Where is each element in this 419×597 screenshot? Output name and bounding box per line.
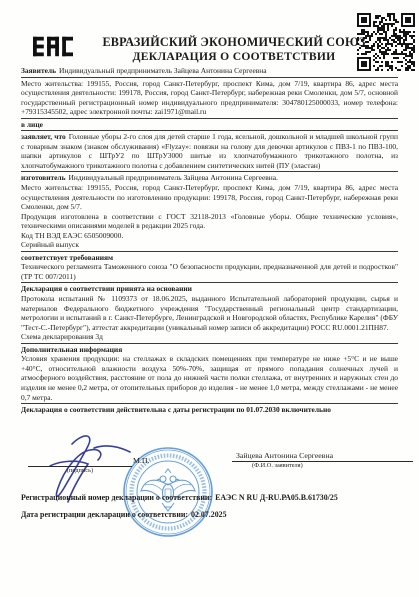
applicant-name: Индивидуальный предприниматель Зайцева А… (59, 66, 267, 75)
compliance-label: соответствует требованиям (21, 253, 398, 263)
declares-text: Головные уборы 2-го слоя для детей старш… (21, 132, 398, 170)
compliance-text: Технического регламента Таможенного союз… (21, 262, 398, 281)
fio-block: Зайцева Антонина Сергеевна (Ф.И.О. заяви… (232, 451, 413, 469)
section-divider (21, 130, 398, 131)
applicant-line: ЗаявительИндивидуальный предприниматель … (21, 66, 398, 76)
signature-caption: (подпись) (67, 467, 93, 474)
manufacturer-address: Место жительства: 199155, Россия, город … (21, 183, 398, 212)
manufacturer-standard: Продукция изготовлена в соответствии с Г… (21, 212, 398, 231)
serial-issue: Серийный выпуск (21, 240, 398, 250)
additional-text: Условия хранения продукции: на стеллажах… (21, 354, 398, 402)
registration-number-label: Регистрационный номер декларации о соотв… (21, 493, 212, 502)
section-divider (21, 282, 398, 283)
union-title: ЕВРАЗИЙСКИЙ ЭКОНОМИЧЕСКИЙ СОЮЗ (100, 36, 368, 49)
validity-line: Декларация о соответствии действительна … (21, 405, 398, 415)
document-title: ЕВРАЗИЙСКИЙ ЭКОНОМИЧЕСКИЙ СОЮЗ ДЕКЛАРАЦИ… (100, 36, 368, 63)
basis-protocol: Протокола испытаний № 1109373 от 18.06.2… (21, 294, 398, 332)
manufacturer-name: Индивидуальный предприниматель Зайцева А… (69, 173, 278, 182)
section-divider (21, 403, 398, 404)
document-body: ЗаявительИндивидуальный предприниматель … (21, 66, 398, 415)
registration-date-line: Дата регистрации декларации о соответств… (21, 510, 230, 519)
registration-number-line: Регистрационный номер декларации о соотв… (21, 493, 341, 502)
applicant-fio: Зайцева Антонина Сергеевна (232, 451, 413, 460)
fio-caption: (Ф.И.О. заявителя) (252, 462, 303, 469)
basis-label: Декларация о соответствии принята на осн… (21, 284, 398, 294)
section-divider (21, 77, 398, 78)
signature-line: (подпись) (28, 466, 132, 474)
section-divider (21, 251, 398, 252)
tnved-code: Код ТН ВЭД ЕАЭС 6505009000. (21, 231, 398, 241)
in-person-label: в лице (21, 120, 398, 130)
basis-scheme: Схема декларирования 3д (21, 332, 398, 342)
section-divider (21, 171, 398, 172)
section-divider (21, 343, 398, 344)
eac-logo-icon (33, 28, 73, 70)
registration-date-value: 02.07.2025 (191, 510, 227, 519)
declaration-title: ДЕКЛАРАЦИЯ О СООТВЕТСТВИИ (100, 50, 368, 63)
registration-date-label: Дата регистрации декларации о соответств… (21, 510, 188, 519)
section-divider (21, 118, 398, 119)
declaration-document: ЕВРАЗИЙСКИЙ ЭКОНОМИЧЕСКИЙ СОЮЗ ДЕКЛАРАЦИ… (0, 0, 419, 597)
declares-label: заявляет, что (21, 132, 66, 141)
declares-paragraph: заявляет, чтоГоловные уборы 2-го слоя дл… (21, 132, 398, 170)
manufacturer-label: изготовитель (21, 173, 66, 182)
registration-number-value: ЕАЭС N RU Д-RU.РА05.В.61730/25 (215, 493, 338, 502)
manufacturer-line: изготовительИндивидуальный предпринимате… (21, 173, 398, 183)
applicant-details: Место жительства: 199155, Россия, город … (21, 79, 398, 117)
additional-label: Дополнительная информация (21, 345, 398, 355)
applicant-label: Заявитель (21, 66, 56, 75)
fio-line: (Ф.И.О. заявителя) (232, 461, 413, 469)
